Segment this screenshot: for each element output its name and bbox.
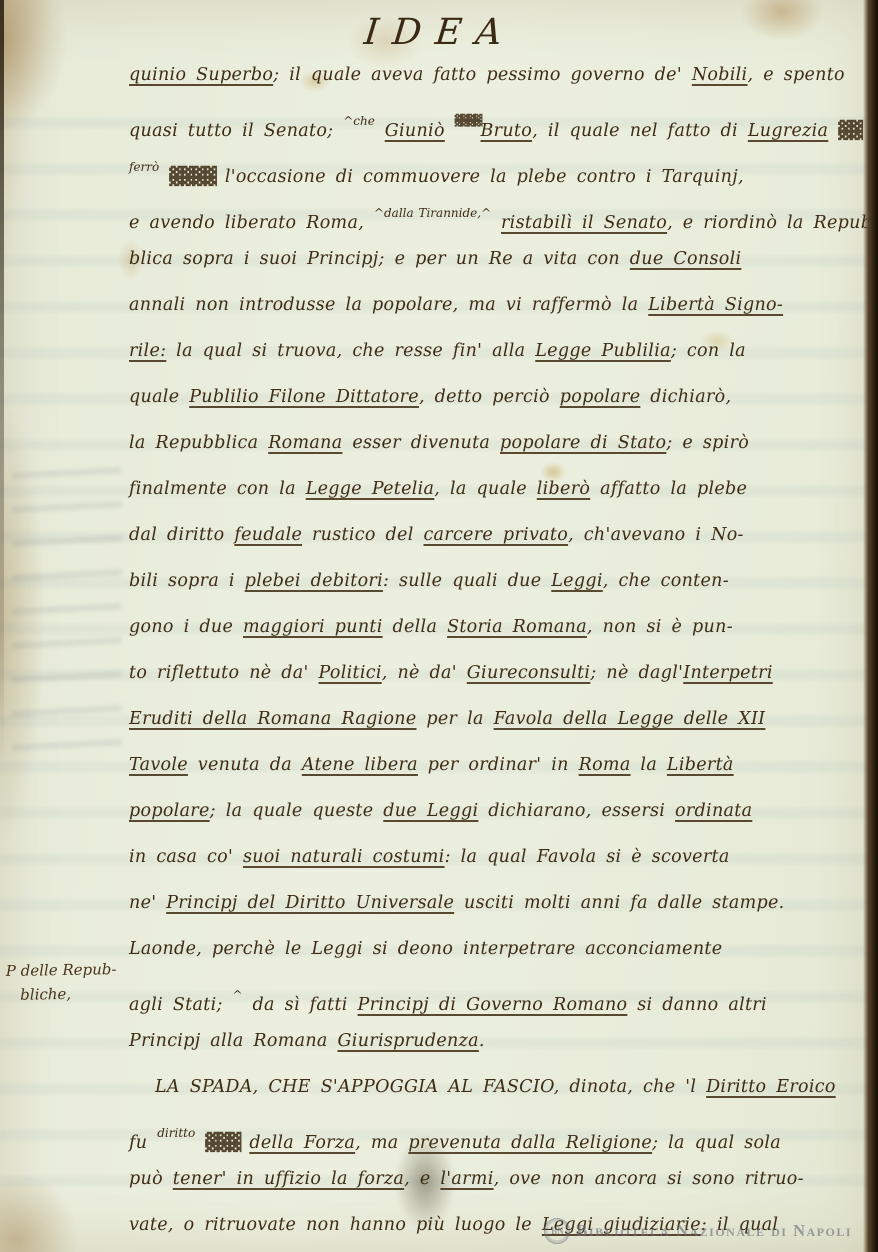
underlined-text: Giuniò xyxy=(385,121,445,141)
manuscript-line-15: Eruditi della Romana Ragione per la Favo… xyxy=(129,696,865,742)
underlined-text: Nobili xyxy=(692,65,748,85)
margin-note-line: bliche, xyxy=(6,981,124,1007)
underlined-text: Lugrezia xyxy=(748,121,828,141)
strikethrough-blot: ▓▓▓▓ xyxy=(169,167,215,187)
underlined-text: Storia Romana xyxy=(447,617,587,637)
text-segment xyxy=(491,213,501,233)
underlined-text: Libertà Signo- xyxy=(648,295,783,315)
underlined-text: Libertà xyxy=(667,755,734,775)
text-segment: agli Stati; xyxy=(129,995,233,1015)
text-segment: la xyxy=(631,755,667,775)
strikethrough-blot: ▓▓▓ xyxy=(205,1133,239,1153)
text-segment: , e spento xyxy=(747,65,844,85)
text-segment: : sulle quali due xyxy=(383,571,551,591)
margin-note-line: P delle Repub- xyxy=(6,957,124,983)
text-segment: dal diritto xyxy=(129,525,234,545)
underlined-text: popolare xyxy=(560,387,641,407)
manuscript-line-14: to riflettuto nè da' Politici, nè da' Gi… xyxy=(129,650,865,696)
text-segment: per la xyxy=(417,709,494,729)
margin-note: P delle Repub- bliche, xyxy=(6,957,125,1007)
underlined-text: Principj del Diritto Universale xyxy=(166,893,454,913)
manuscript-line-25: può tener' in uffizio la forza, e l'armi… xyxy=(129,1156,865,1202)
text-segment: l'occasione di commuovere la plebe contr… xyxy=(215,167,744,187)
underlined-text: della Forza xyxy=(249,1133,355,1153)
text-segment: la Repubblica xyxy=(129,433,268,453)
text-segment: : la qual Favola si è scoverta xyxy=(445,847,730,867)
underlined-text: quinio Superbo xyxy=(129,65,273,85)
text-segment xyxy=(445,121,455,141)
text-segment: to riflettuto nè da' xyxy=(129,663,319,683)
text-segment: , e riordinò la Repub- xyxy=(667,213,878,233)
underlined-text: carcere privato xyxy=(423,525,568,545)
text-segment: dichiarò, xyxy=(640,387,731,407)
text-segment: ; la qual sola xyxy=(652,1133,781,1153)
text-segment: , nè da' xyxy=(382,663,467,683)
text-segment: della xyxy=(383,617,447,637)
underlined-text: suoi naturali costumi xyxy=(243,847,445,867)
underlined-text: Atene libera xyxy=(302,755,418,775)
text-segment: si danno altri xyxy=(627,995,767,1015)
text-segment: rustico del xyxy=(302,525,423,545)
page-title: IDEA xyxy=(118,12,762,53)
underlined-text: Interpetri xyxy=(683,663,773,683)
manuscript-line-22: Principj alla Romana Giurisprudenza. xyxy=(129,1018,865,1064)
manuscript-line-21: agli Stati; ^ da sì fatti Principj di Go… xyxy=(129,972,865,1018)
text-segment: ; il quale aveva fatto pessimo governo d… xyxy=(273,65,692,85)
interlinear-insertion: ^ xyxy=(233,988,243,1002)
manuscript-line-7: rile: la qual si truova, che resse fin' … xyxy=(129,328,865,374)
page-left-edge xyxy=(0,0,4,760)
text-segment: vate, o ritruovate non hanno più luogo l… xyxy=(129,1215,542,1235)
text-segment: , non si è pun- xyxy=(587,617,733,637)
text-segment: per ordinar' in xyxy=(418,755,579,775)
manuscript-line-12: bili sopra i plebei debitori: sulle qual… xyxy=(129,558,865,604)
text-block: quinio Superbo; il quale aveva fatto pes… xyxy=(129,52,865,1248)
underlined-text: Roma xyxy=(579,755,631,775)
text-segment: da sì fatti xyxy=(243,995,358,1015)
text-segment xyxy=(195,1133,205,1153)
text-segment: , la quale xyxy=(434,479,536,499)
underlined-text: Eruditi della Romana Ragione xyxy=(129,709,417,729)
manuscript-line-24: fu diritto ▓▓▓ della Forza, ma prevenuta… xyxy=(129,1110,865,1156)
underlined-text: Politici xyxy=(319,663,382,683)
underlined-text: tener' in uffizio la forza xyxy=(173,1169,404,1189)
text-segment: in casa co' xyxy=(129,847,243,867)
text-segment: , ma xyxy=(355,1133,408,1153)
manuscript-page: IDEA quinio Superbo; il quale aveva fatt… xyxy=(0,0,878,1252)
text-segment: , e xyxy=(404,1169,440,1189)
manuscript-line-16: Tavole venuta da Atene libera per ordina… xyxy=(129,742,865,788)
manuscript-line-8: quale Publilio Filone Dittatore, detto p… xyxy=(129,374,865,420)
text-segment: ; con la xyxy=(671,341,746,361)
text-segment: , ove non ancora si sono ritruo- xyxy=(494,1169,804,1189)
underlined-text: Leggi xyxy=(551,571,602,591)
underlined-text: liberò xyxy=(537,479,590,499)
interlinear-insertion: ^che xyxy=(343,114,375,128)
underlined-text: Favola della Legge delle XII xyxy=(494,709,766,729)
underlined-text: Legge Publilia xyxy=(535,341,671,361)
manuscript-line-4: e avendo liberato Roma, ^dalla Tirannide… xyxy=(129,190,865,236)
text-segment: LA SPADA, CHE S'APPOGGIA AL FASCIO, dino… xyxy=(155,1077,706,1097)
manuscript-line-5: blica sopra i suoi Principj; e per un Re… xyxy=(129,236,865,282)
text-segment xyxy=(375,121,385,141)
text-segment: Laonde, perchè le Leggi si deono interpe… xyxy=(129,939,722,959)
interlinear-insertion: ^dalla Tirannide,^ xyxy=(374,206,491,220)
text-segment: bili sopra i xyxy=(129,571,245,591)
text-segment: esser divenuta xyxy=(342,433,500,453)
underlined-text: rile: xyxy=(129,341,166,361)
library-emblem-icon: BN xyxy=(544,1218,570,1244)
manuscript-line-11: dal diritto feudale rustico del carcere … xyxy=(129,512,865,558)
underlined-text: Diritto Eroico xyxy=(706,1077,836,1097)
text-segment: ; la quale queste xyxy=(210,801,384,821)
interlinear-strikethrough-blot: ▓▓▓▓ xyxy=(455,114,481,127)
underlined-text: Tavole xyxy=(129,755,188,775)
text-segment: e avendo liberato Roma, xyxy=(129,213,374,233)
manuscript-line-6: annali non introdusse la popolare, ma vi… xyxy=(129,282,865,328)
underlined-text: popolare di Stato xyxy=(500,433,666,453)
underlined-text: Principj di Governo Romano xyxy=(358,995,628,1015)
text-segment: annali non introdusse la popolare, ma vi… xyxy=(129,295,648,315)
manuscript-line-20: Laonde, perchè le Leggi si deono interpe… xyxy=(129,926,865,972)
text-segment: gono i due xyxy=(129,617,243,637)
reverse-side-showthrough-margin xyxy=(12,467,122,763)
text-segment: , il quale nel fatto di xyxy=(532,121,748,141)
underlined-text: Romana xyxy=(268,433,342,453)
manuscript-line-17: popolare; la quale queste due Leggi dich… xyxy=(129,788,865,834)
text-segment xyxy=(828,121,838,141)
underlined-text: ristabilì il Senato xyxy=(501,213,667,233)
underlined-text: popolare xyxy=(129,801,210,821)
interlinear-insertion: ferrò xyxy=(129,160,159,174)
underlined-text: Bruto xyxy=(481,121,533,141)
text-segment: , detto perciò xyxy=(419,387,560,407)
underlined-text: maggiori punti xyxy=(243,617,383,637)
library-stamp: BN Biblioteca Nazionale di Napoli xyxy=(544,1218,852,1244)
strikethrough-blot: ▓▓ xyxy=(838,121,861,141)
text-segment: blica sopra i suoi Principj; e per un Re… xyxy=(129,249,630,269)
underlined-text: Giurisprudenza xyxy=(338,1031,479,1051)
text-segment: usciti molti anni fa dalle stampe. xyxy=(454,893,784,913)
text-segment: venuta da xyxy=(188,755,302,775)
text-segment: . xyxy=(479,1031,485,1051)
text-segment: può xyxy=(129,1169,173,1189)
underlined-text: ordinata xyxy=(675,801,752,821)
text-segment: fu xyxy=(129,1133,157,1153)
manuscript-line-23: LA SPADA, CHE S'APPOGGIA AL FASCIO, dino… xyxy=(129,1064,865,1110)
manuscript-line-13: gono i due maggiori punti della Storia R… xyxy=(129,604,865,650)
underlined-text: Publilio Filone Dittatore xyxy=(189,387,419,407)
text-segment: , ch'avevano i No- xyxy=(568,525,744,545)
text-segment: quasi tutto il Senato; xyxy=(129,121,343,141)
underlined-text: due Consoli xyxy=(630,249,742,269)
underlined-text: prevenuta dalla Religione xyxy=(408,1133,652,1153)
text-segment: affatto la plebe xyxy=(590,479,747,499)
underlined-text: feudale xyxy=(234,525,302,545)
manuscript-line-1: quinio Superbo; il quale aveva fatto pes… xyxy=(129,52,865,98)
interlinear-insertion: diritto xyxy=(157,1126,195,1140)
underlined-text: due Leggi xyxy=(383,801,478,821)
manuscript-line-18: in casa co' suoi naturali costumi: la qu… xyxy=(129,834,865,880)
text-segment: Principj alla Romana xyxy=(129,1031,338,1051)
manuscript-line-9: la Repubblica Romana esser divenuta popo… xyxy=(129,420,865,466)
text-segment: ne' xyxy=(129,893,166,913)
text-segment: , che conten- xyxy=(603,571,729,591)
underlined-text: plebei debitori xyxy=(245,571,383,591)
underlined-text: Legge Petelia xyxy=(306,479,435,499)
manuscript-line-2: quasi tutto il Senato; ^che Giuniò ▓▓▓▓B… xyxy=(129,98,865,144)
underlined-text: l'armi xyxy=(440,1169,493,1189)
text-segment: finalmente con la xyxy=(129,479,306,499)
text-segment: la qual si truova, che resse fin' alla xyxy=(166,341,535,361)
text-segment: quale xyxy=(129,387,189,407)
manuscript-line-10: finalmente con la Legge Petelia, la qual… xyxy=(129,466,865,512)
manuscript-line-3: ferrò ▓▓▓▓ l'occasione di commuovere la … xyxy=(129,144,865,190)
text-segment xyxy=(159,167,169,187)
text-segment: dichiarano, essersi xyxy=(478,801,675,821)
text-segment xyxy=(239,1133,249,1153)
underlined-text: Giureconsulti xyxy=(467,663,591,683)
manuscript-line-19: ne' Principj del Diritto Universale usci… xyxy=(129,880,865,926)
text-segment: ; nè dagl' xyxy=(590,663,683,683)
text-segment: ; e spirò xyxy=(666,433,749,453)
page-binding-edge xyxy=(863,0,878,1252)
library-stamp-text: Biblioteca Nazionale di Napoli xyxy=(576,1221,852,1241)
